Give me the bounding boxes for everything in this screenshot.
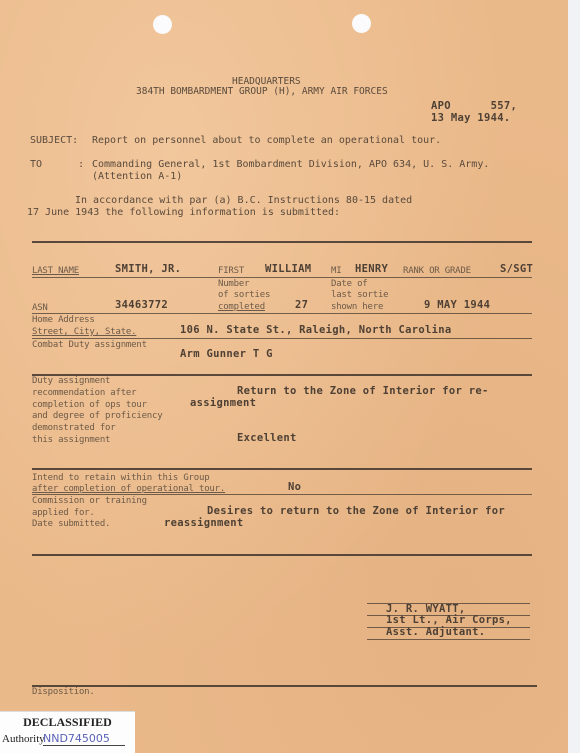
punch-hole [153, 15, 172, 34]
to-line1: Commanding General, 1st Bombardment Divi… [92, 159, 489, 171]
stamp-authority-label: Authority [2, 733, 45, 745]
row-line [32, 494, 532, 495]
combat-duty-value: Arm Gunner T G [180, 348, 273, 360]
middle-name-value: HENRY [355, 263, 388, 275]
header-line2: 384TH BOMBARDMENT GROUP (H), ARMY AIR FO… [136, 86, 388, 98]
signature-line [367, 639, 530, 640]
rank-value: S/SGT [500, 263, 533, 275]
row-line [32, 277, 532, 278]
sorties-label-3: completed [218, 302, 265, 312]
duty-label-4: and degree of proficiency [32, 411, 162, 421]
to-line2: (Attention A-1) [92, 171, 182, 183]
last-sortie-label-3: shown here [331, 302, 383, 312]
asn-label: ASN [32, 303, 48, 313]
sorties-value: 27 [295, 299, 308, 311]
document-page: HEADQUARTERS 384TH BOMBARDMENT GROUP (H)… [0, 0, 568, 753]
row-line [32, 338, 532, 339]
last-sortie-label-1: Date of [331, 279, 368, 289]
first-name-value: WILLIAM [265, 263, 311, 275]
signer-rank: 1st Lt., Air Corps, [386, 614, 512, 626]
combat-duty-label: Combat Duty assignment [32, 340, 147, 350]
asn-value: 34463772 [115, 299, 168, 311]
duty-label-3: completion of ops tour [32, 400, 147, 410]
intro-line2: 17 June 1943 the following information i… [27, 207, 340, 219]
rank-label: RANK OR GRADE [403, 266, 471, 276]
divider [32, 241, 532, 243]
duty-recommendation-line2: assignment [190, 397, 256, 409]
sorties-label-2: of sorties [218, 290, 270, 300]
row-line [32, 313, 532, 314]
duty-label-6: this assignment [32, 435, 110, 445]
document-date: 13 May 1944. [431, 112, 510, 124]
commission-line1: Desires to return to the Zone of Interio… [207, 505, 505, 517]
punch-hole [352, 14, 371, 33]
retain-label-2: after completion of operational tour. [32, 484, 225, 494]
signer-title: Asst. Adjutant. [386, 626, 485, 638]
commission-label-2: applied for. [32, 508, 95, 518]
duty-label-1: Duty assignment [32, 376, 110, 386]
commission-label-1: Commission or training [32, 496, 147, 506]
stamp-authority-value: NND745005 [43, 732, 125, 746]
duty-label-5: demonstrated for [32, 423, 116, 433]
subject-label: SUBJECT: [30, 135, 78, 147]
retain-label-1: Intend to retain within this Group [32, 473, 209, 483]
subject-text: Report on personnel about to complete an… [92, 135, 441, 147]
sorties-label-1: Number [218, 279, 249, 289]
row-line [32, 554, 532, 556]
to-label: TO : [30, 159, 84, 171]
middle-initial-label: MI [331, 266, 341, 276]
disposition-label: Disposition. [32, 687, 95, 697]
stamp-heading: DECLASSIFIED [0, 715, 135, 730]
address-label-2: Street, City, State. [32, 327, 136, 337]
address-label-1: Home Address [32, 315, 95, 325]
row-line [32, 468, 532, 470]
last-sortie-label-2: last sortie [331, 290, 388, 300]
first-name-label: FIRST [218, 266, 244, 276]
address-value: 106 N. State St., Raleigh, North Carolin… [180, 324, 451, 336]
last-name-value: SMITH, JR. [115, 263, 181, 275]
retain-value: No [288, 481, 301, 493]
last-name-label: LAST NAME [32, 266, 79, 276]
commission-label-3: Date submitted. [32, 519, 110, 529]
proficiency-value: Excellent [237, 432, 297, 444]
row-line [32, 685, 537, 687]
declassified-stamp: DECLASSIFIED Authority NND745005 [0, 711, 135, 753]
last-sortie-value: 9 MAY 1944 [424, 299, 490, 311]
commission-line2: reassignment [164, 517, 243, 529]
intro-line1: In accordance with par (a) B.C. Instruct… [75, 195, 412, 207]
duty-label-2: recommendation after [32, 388, 136, 398]
apo-number: APO 557, [431, 100, 517, 112]
duty-recommendation-line1: Return to the Zone of Interior for re- [237, 385, 489, 397]
page-edge [568, 0, 580, 753]
